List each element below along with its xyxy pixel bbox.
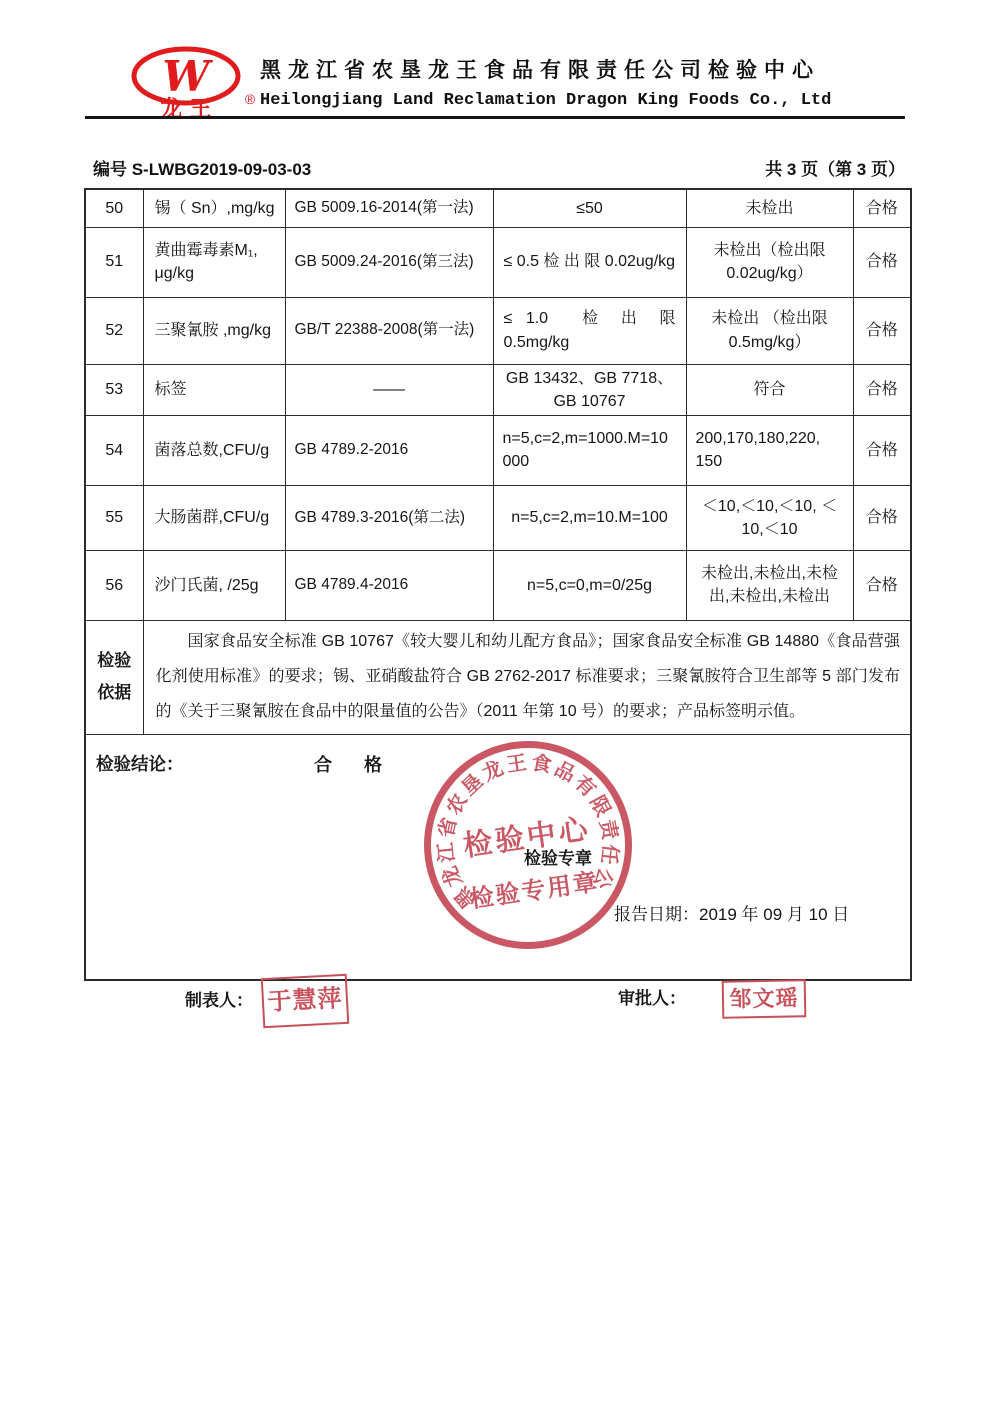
conclusion-row: 检验结论： 合格 黑龙江省农垦龙王食品有限责任公 检验中心 检验专用章 检验专章… xyxy=(85,734,911,980)
table-row: 54 菌落总数,CFU/g GB 4789.2-2016 n=5,c=2,m=1… xyxy=(85,415,911,485)
preparer-name-stamp: 于慧萍 xyxy=(261,974,349,1028)
header-divider xyxy=(85,116,905,119)
row-standard: ≤ 1.0 检 出 限 0.5mg/kg xyxy=(493,297,686,364)
header-titles: 黑龙江省农垦龙王食品有限责任公司检验中心 Heilongjiang Land R… xyxy=(260,54,860,110)
row-item: 大肠菌群,CFU/g xyxy=(143,485,285,550)
table-row: 52 三聚氰胺 ,mg/kg GB/T 22388-2008(第一法) ≤ 1.… xyxy=(85,297,911,364)
row-verdict: 合格 xyxy=(853,189,911,227)
row-method: GB/T 22388-2008(第一法) xyxy=(285,297,493,364)
table-row: 53 标签 —— GB 13432、GB 7718、GB 10767 符合 合格 xyxy=(85,364,911,415)
row-result: 未检出 xyxy=(686,189,853,227)
row-result: ＜10,＜10,＜10, ＜10,＜10 xyxy=(686,485,853,550)
approver-name-stamp: 邹文瑶 xyxy=(722,979,807,1018)
row-no: 56 xyxy=(85,550,143,620)
row-item: 锡（ Sn）,mg/kg xyxy=(143,189,285,227)
conclusion-label: 检验结论： xyxy=(96,752,184,777)
approver-label: 审批人： xyxy=(618,984,686,1009)
report-number: 编号 S-LWBG2019-09-03-03 xyxy=(93,155,311,180)
row-result: 符合 xyxy=(686,364,853,415)
meta-line: 编号 S-LWBG2019-09-03-03 共 3 页（第 3 页） xyxy=(93,155,905,180)
basis-text: 国家食品安全标准 GB 10767《较大婴儿和幼儿配方食品》；国家食品安全标准 … xyxy=(143,620,911,734)
row-item: 黄曲霉毒素M₁, μg/kg xyxy=(143,227,285,297)
row-no: 55 xyxy=(85,485,143,550)
row-method: GB 4789.3-2016(第二法) xyxy=(285,485,493,550)
report-date: 报告日期：2019 年 09 月 10 日 xyxy=(614,903,849,928)
basis-label-cell: 检验依据 xyxy=(85,620,143,734)
row-standard: n=5,c=0,m=0/25g xyxy=(493,550,686,620)
row-item: 菌落总数,CFU/g xyxy=(143,415,285,485)
row-method: GB 5009.24-2016(第三法) xyxy=(285,227,493,297)
row-standard: n=5,c=2,m=10.M=100 xyxy=(493,485,686,550)
row-item: 沙门氏菌, /25g xyxy=(143,550,285,620)
svg-text:W: W xyxy=(162,52,213,101)
table-row: 56 沙门氏菌, /25g GB 4789.4-2016 n=5,c=0,m=0… xyxy=(85,550,911,620)
row-item: 标签 xyxy=(143,364,285,415)
report-page: W 龙 王 ® 黑龙江省农垦龙王食品有限责任公司检验中心 Heilongjian… xyxy=(0,0,992,1403)
inspection-table: 50 锡（ Sn）,mg/kg GB 5009.16-2014(第一法) ≤50… xyxy=(84,188,912,981)
inspection-seal: 黑龙江省农垦龙王食品有限责任公 检验中心 检验专用章 xyxy=(411,727,646,962)
seal-overlay-label: 检验专章 xyxy=(524,847,592,872)
row-verdict: 合格 xyxy=(853,550,911,620)
row-verdict: 合格 xyxy=(853,227,911,297)
basis-label: 检验依据 xyxy=(95,645,133,710)
signature-footer: 制表人： 于慧萍 审批人： 邹文瑶 xyxy=(0,972,992,1062)
row-method: GB 4789.4-2016 xyxy=(285,550,493,620)
company-name-en: Heilongjiang Land Reclamation Dragon Kin… xyxy=(260,91,860,110)
row-result: 未检出（检出限 0.02ug/kg） xyxy=(686,227,853,297)
page-indicator: 共 3 页（第 3 页） xyxy=(765,155,905,180)
row-method: —— xyxy=(285,364,493,415)
row-standard: ≤50 xyxy=(493,189,686,227)
company-name-cn: 黑龙江省农垦龙王食品有限责任公司检验中心 xyxy=(260,54,860,84)
row-standard: GB 13432、GB 7718、GB 10767 xyxy=(493,364,686,415)
row-result: 未检出 （检出限 0.5mg/kg） xyxy=(686,297,853,364)
row-standard: ≤ 0.5 检 出 限 0.02ug/kg xyxy=(493,227,686,297)
conclusion-cell: 检验结论： 合格 黑龙江省农垦龙王食品有限责任公 检验中心 检验专用章 检验专章… xyxy=(85,734,911,980)
svg-text:®: ® xyxy=(245,91,256,107)
row-verdict: 合格 xyxy=(853,297,911,364)
row-result: 未检出,未检出,未检出,未检出,未检出 xyxy=(686,550,853,620)
row-verdict: 合格 xyxy=(853,485,911,550)
row-result: 200,170,180,220, 150 xyxy=(686,415,853,485)
row-no: 53 xyxy=(85,364,143,415)
row-method: GB 5009.16-2014(第一法) xyxy=(285,189,493,227)
row-item: 三聚氰胺 ,mg/kg xyxy=(143,297,285,364)
row-verdict: 合格 xyxy=(853,364,911,415)
row-standard: n=5,c=2,m=1000.M=10 000 xyxy=(493,415,686,485)
conclusion-value: 合格 xyxy=(314,752,414,778)
preparer-label: 制表人： xyxy=(185,986,253,1011)
row-no: 51 xyxy=(85,227,143,297)
inspection-basis-row: 检验依据 国家食品安全标准 GB 10767《较大婴儿和幼儿配方食品》；国家食品… xyxy=(85,620,911,734)
table-row: 55 大肠菌群,CFU/g GB 4789.3-2016(第二法) n=5,c=… xyxy=(85,485,911,550)
table-row: 50 锡（ Sn）,mg/kg GB 5009.16-2014(第一法) ≤50… xyxy=(85,189,911,227)
row-no: 50 xyxy=(85,189,143,227)
table-row: 51 黄曲霉毒素M₁, μg/kg GB 5009.24-2016(第三法) ≤… xyxy=(85,227,911,297)
row-method: GB 4789.2-2016 xyxy=(285,415,493,485)
row-verdict: 合格 xyxy=(853,415,911,485)
row-no: 54 xyxy=(85,415,143,485)
row-no: 52 xyxy=(85,297,143,364)
